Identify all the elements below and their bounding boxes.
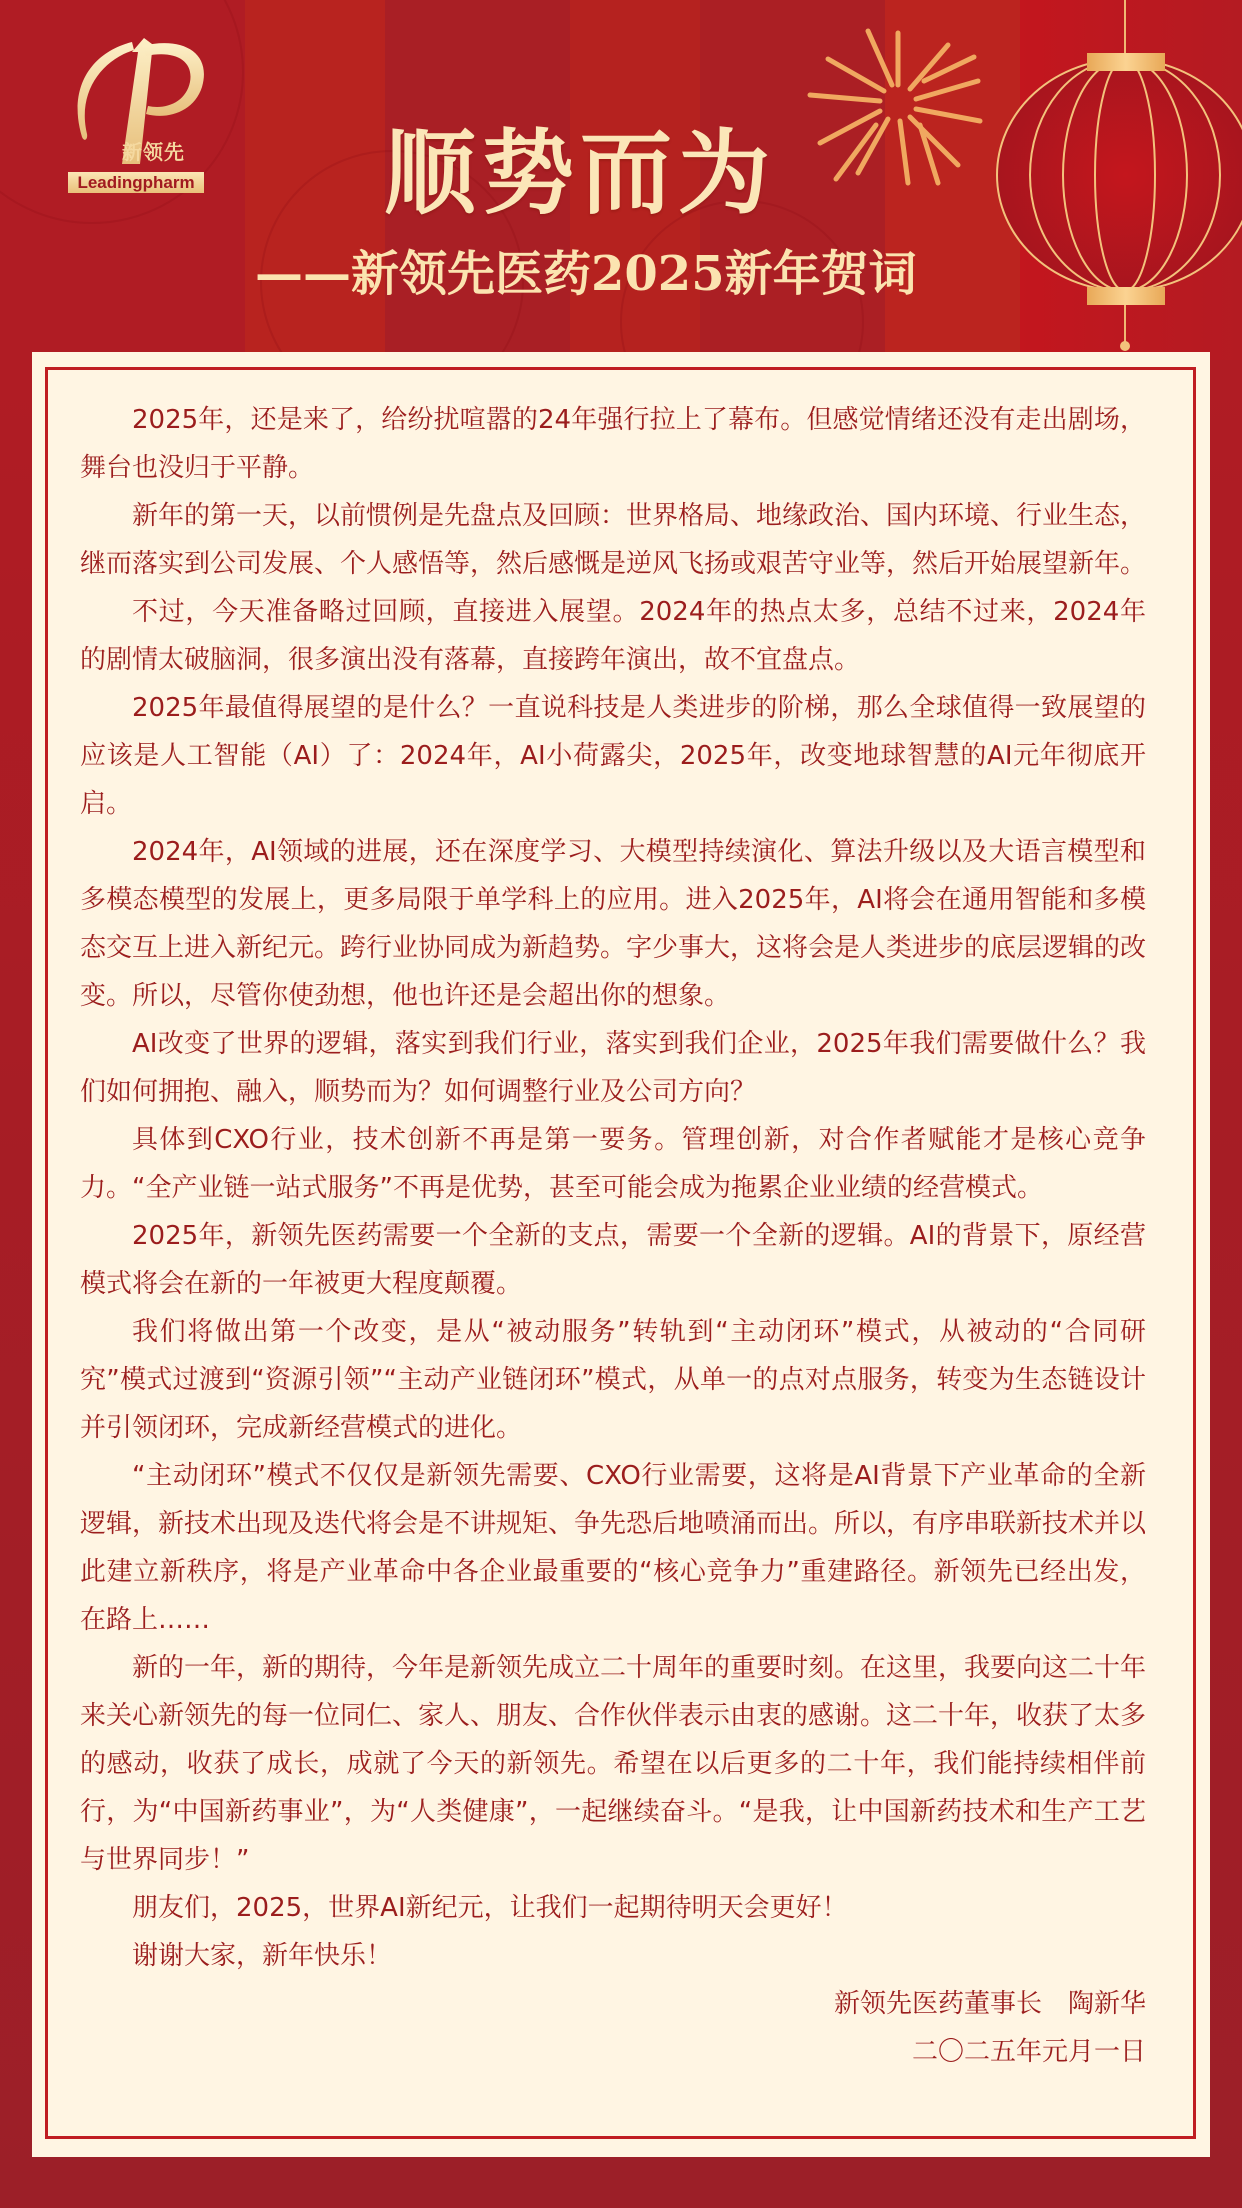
paragraph: 不过，今天准备略过回顾，直接进入展望。2024年的热点太多，总结不过来，2024… (80, 588, 1146, 684)
paragraph: 谢谢大家，新年快乐！ (80, 1932, 1146, 1980)
signature-author: 新领先医药董事长 陶新华 (80, 1980, 1146, 2028)
paragraph: 朋友们，2025，世界AI新纪元，让我们一起期待明天会更好！ (80, 1884, 1146, 1932)
letter-card: 2025年，还是来了，给纷扰喧嚣的24年强行拉上了幕布。但感觉情绪还没有走出剧场… (32, 352, 1210, 2157)
letter-body: 2025年，还是来了，给纷扰喧嚣的24年强行拉上了幕布。但感觉情绪还没有走出剧场… (80, 396, 1146, 2076)
paragraph: 新的一年，新的期待，今年是新领先成立二十周年的重要时刻。在这里，我要向这二十年来… (80, 1644, 1146, 1884)
paragraph: “主动闭环”模式不仅仅是新领先需要、CXO行业需要，这将是AI背景下产业革命的全… (80, 1452, 1146, 1644)
paragraph: 新年的第一天，以前惯例是先盘点及回顾：世界格局、地缘政治、国内环境、行业生态，继… (80, 492, 1146, 588)
page-title: 顺势而为 (0, 118, 1160, 228)
paragraph: 2025年，还是来了，给纷扰喧嚣的24年强行拉上了幕布。但感觉情绪还没有走出剧场… (80, 396, 1146, 492)
page-subtitle: ——新领先医药2025新年贺词 (255, 246, 917, 302)
paragraph: 2024年，AI领域的进展，还在深度学习、大模型持续演化、算法升级以及大语言模型… (80, 828, 1146, 1020)
signature-block: 新领先医药董事长 陶新华 二〇二五年元月一日 (80, 1980, 1146, 2076)
signature-date: 二〇二五年元月一日 (80, 2028, 1146, 2076)
paragraph: 2025年，新领先医药需要一个全新的支点，需要一个全新的逻辑。AI的背景下，原经… (80, 1212, 1146, 1308)
paragraph: 2025年最值得展望的是什么？一直说科技是人类进步的阶梯，那么全球值得一致展望的… (80, 684, 1146, 828)
paragraph: 我们将做出第一个改变，是从“被动服务”转轨到“主动闭环”模式，从被动的“合同研究… (80, 1308, 1146, 1452)
paragraph: AI改变了世界的逻辑，落实到我们行业，落实到我们企业，2025年我们需要做什么？… (80, 1020, 1146, 1116)
paragraph: 具体到CXO行业，技术创新不再是第一要务。管理创新，对合作者赋能才是核心竞争力。… (80, 1116, 1146, 1212)
